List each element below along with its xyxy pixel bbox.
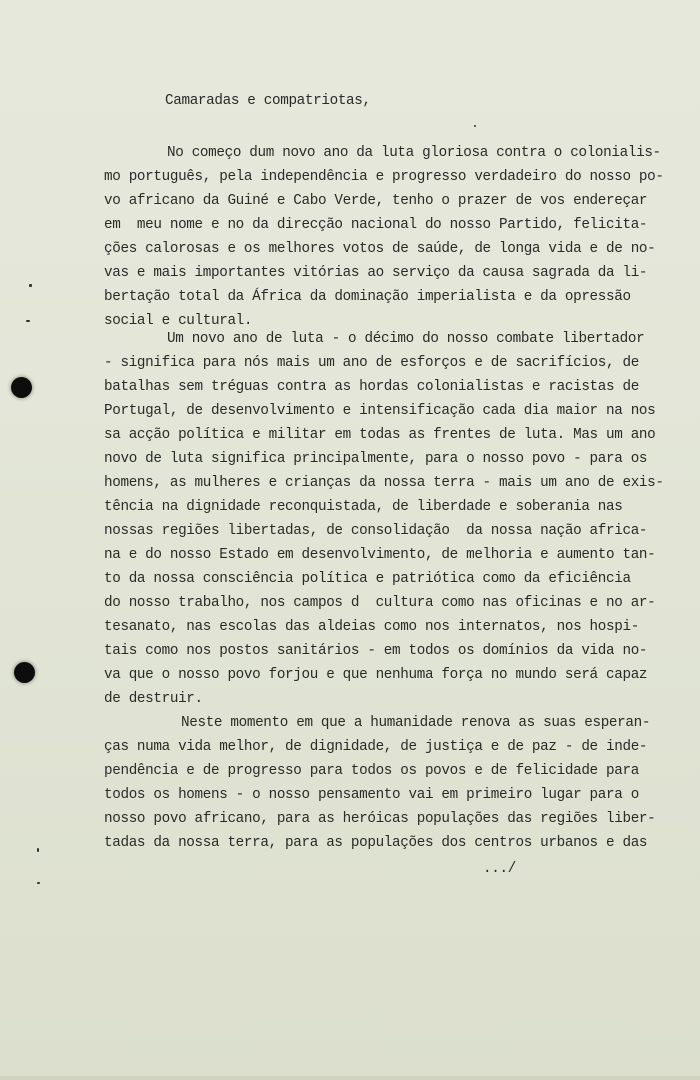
paragraph-3-line-4: todos os homens - o nosso pensamento vai…: [104, 786, 639, 804]
paragraph-2-line-13: tesanato, nas escolas das aldeias como n…: [104, 618, 639, 636]
paragraph-1-line-4: em meu nome e no da direcção nacional do…: [104, 216, 647, 234]
paragraph-1-line-6: vas e mais importantes vitórias ao servi…: [104, 264, 647, 282]
paragraph-3-line-3: pendência e de progresso para todos os p…: [104, 762, 639, 780]
paragraph-2-line-11: to da nossa consciência política e patri…: [104, 570, 631, 588]
continuation-mark: .../: [483, 860, 516, 878]
typewritten-page: Camaradas e compatriotas, No começo dum …: [0, 0, 700, 1080]
margin-speck: [26, 320, 30, 322]
margin-speck: [37, 882, 40, 884]
paragraph-2-line-14: tais como nos postos sanitários - em tod…: [104, 642, 647, 660]
paragraph-3-line-5: nosso povo africano, para as heróicas po…: [104, 810, 655, 828]
paragraph-1-line-2: mo português, pela independência e progr…: [104, 168, 664, 186]
paragraph-2-line-6: novo de luta significa principalmente, p…: [104, 450, 647, 468]
paragraph-2-line-4: Portugal, de desenvolvimento e intensifi…: [104, 402, 655, 420]
margin-speck: [37, 848, 39, 852]
paragraph-3-line-2: ças numa vida melhor, de dignidade, de j…: [104, 738, 647, 756]
paragraph-2-line-8: tência na dignidade reconquistada, de li…: [104, 498, 622, 516]
paragraph-1-line-8: social e cultural.: [104, 312, 252, 330]
salutation: Camaradas e compatriotas,: [165, 92, 371, 110]
paragraph-2-line-10: na e do nosso Estado em desenvolvimento,…: [104, 546, 655, 564]
paragraph-2-line-7: homens, as mulheres e crianças da nossa …: [104, 474, 664, 492]
paragraph-2-line-1: Um novo ano de luta - o décimo do nosso …: [167, 330, 644, 348]
paragraph-2-line-2: - significa para nós mais um ano de esfo…: [104, 354, 639, 372]
paragraph-2-line-5: sa acção política e militar em todas as …: [104, 426, 655, 444]
paragraph-1-line-1: No começo dum novo ano da luta gloriosa …: [167, 144, 661, 162]
punch-hole-bottom: [14, 662, 35, 683]
punch-hole-top: [11, 377, 32, 398]
paragraph-2-line-9: nossas regiões libertadas, de consolidaç…: [104, 522, 647, 540]
paragraph-3-line-1: Neste momento em que a humanidade renova…: [181, 714, 650, 732]
paragraph-2-line-3: batalhas sem tréguas contra as hordas co…: [104, 378, 639, 396]
page-bottom-edge: [0, 1076, 700, 1080]
paragraph-2-line-12: do nosso trabalho, nos campos d cultura …: [104, 594, 655, 612]
paragraph-1-line-3: vo africano da Guiné e Cabo Verde, tenho…: [104, 192, 647, 210]
paragraph-2-line-15: va que o nosso povo forjou e que nenhuma…: [104, 666, 647, 684]
paragraph-2-line-16: de destruir.: [104, 690, 203, 708]
paragraph-1-line-5: ções calorosas e os melhores votos de sa…: [104, 240, 655, 258]
paragraph-3-line-6: tadas da nossa terra, para as populações…: [104, 834, 647, 852]
margin-speck: [29, 284, 32, 287]
paragraph-1-line-7: bertação total da África da dominação im…: [104, 288, 631, 306]
margin-speck: [474, 125, 476, 127]
